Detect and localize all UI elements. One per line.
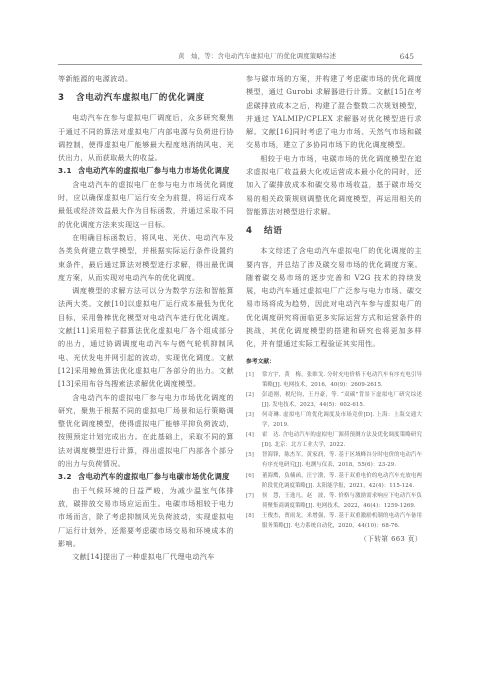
paragraph: 调度模型的求解方法可以分为数学方法和智能算法两大类。文献[10]以虚拟电厂运行成…: [58, 284, 234, 390]
reference-item: [8] 王俊杰，贾雨龙，米增强，等. 基于双重激励机制的电动汽车备用服务策略[J…: [246, 511, 422, 531]
section-3-heading: 3含电动汽车虚拟电厂的优化调度: [58, 91, 234, 105]
paragraph: 在明确目标函数后，将风电、光伏、电动汽车及各类负荷建立数学模型，并根据实际运行条…: [58, 231, 234, 284]
reference-number: [3]: [246, 410, 262, 430]
section-title: 含电动汽车虚拟电厂的优化调度: [76, 93, 205, 103]
reference-text: 王俊杰，贾雨龙，米增强，等. 基于双重激励机制的电动汽车备用服务策略[J]. 电…: [262, 511, 422, 531]
reference-number: [8]: [246, 511, 262, 531]
reference-text: 智海锋，陈杰军，黄家润，等. 基于区域峰谷分时电价的电动汽车有序充电研究[J].…: [262, 450, 422, 470]
reference-text: 何奇琳. 虚拟电厂的优化调度及市场竞价[D]. 上海：上海交通大学，2019.: [262, 410, 422, 430]
reference-text: 侯 慧，王逸凡，赵 波，等. 价格与激励需求响应下电动汽车负荷聚集商调度策略[J…: [262, 491, 422, 511]
reference-item: [2] 彭道刚，税纪钧，王丹豪，等. “双碳”背景下虚拟电厂研究综述[J]. 发…: [246, 390, 422, 410]
section-number: 3: [58, 91, 76, 105]
subsection-3-1-heading: 3.1含电动汽车的虚拟电厂参与电力市场优化调度: [58, 164, 234, 177]
section-title: 结语: [264, 226, 282, 236]
references-title: 参考文献：: [246, 357, 422, 367]
paragraph: 电动汽车在参与虚拟电厂调度后，众多研究聚焦于通过不同的算法对虚拟电厂内部电源与负…: [58, 111, 234, 164]
reference-item: [7] 侯 慧，王逸凡，赵 波，等. 价格与激励需求响应下电动汽车负荷聚集商调度…: [246, 491, 422, 511]
running-title: 黄 灿，等：含电动汽车虚拟电厂的优化调度策略综述: [178, 51, 336, 62]
reference-text: 董海鹰，负楠函，汪宁渤，等. 基于双重电价的电动汽车充放电两阶段优化调度策略[J…: [262, 471, 422, 491]
running-header: 黄 灿，等：含电动汽车虚拟电厂的优化调度策略综述 645: [58, 51, 422, 65]
paragraph: 本文综述了含电动汽车虚拟电厂的优化调度的主要内容，并总结了涉及碳交易市场的优化调…: [246, 244, 422, 350]
reference-number: [6]: [246, 471, 262, 491]
reference-number: [7]: [246, 491, 262, 511]
subsection-number: 3.1: [58, 164, 78, 177]
carry-over-text: 参与碳市场的方案，并构建了考虑碳市场的优化调度模型，通过 Gurobi 求解器进…: [246, 72, 422, 152]
reference-text: 霍 达. 含电动汽车的虚拟电厂源荷预测方法及优化调度策略研究[D]. 北京：北方…: [262, 430, 422, 450]
reference-number: [5]: [246, 450, 262, 470]
reference-number: [1]: [246, 370, 262, 390]
paragraph: 含电动汽车的虚拟电厂参与电力市场优化调度的研究，聚焦于根据不同的虚拟电厂场景和运…: [58, 391, 234, 471]
continued-note: （下转第 663 页）: [246, 533, 422, 545]
paragraph: 由于气候环境的日益严峻，为减少温室气体排放，碳排放交易市场应运而生。电碳市场相较…: [58, 484, 234, 550]
reference-item: [4] 霍 达. 含电动汽车的虚拟电厂源荷预测方法及优化调度策略研究[D]. 北…: [246, 430, 422, 450]
paragraph: 含电动汽车的虚拟电厂在参与电力市场优化调度时，应以确保虚拟电厂运行安全为前提，将…: [58, 178, 234, 231]
left-column: 等新能源的电源波动。 3含电动汽车虚拟电厂的优化调度 电动汽车在参与虚拟电厂调度…: [58, 72, 234, 563]
reference-text: 彭道刚，税纪钧，王丹豪，等. “双碳”背景下虚拟电厂研究综述[J]. 发电技术，…: [262, 390, 422, 410]
section-4-heading: 4结语: [246, 224, 422, 238]
reference-item: [1] 常方宇，黄 梅，张维戈. 分时充电价格下电动汽车有序充电引导策略[J].…: [246, 370, 422, 390]
carry-over-text: 等新能源的电源波动。: [58, 72, 234, 85]
reference-item: [3] 何奇琳. 虚拟电厂的优化调度及市场竞价[D]. 上海：上海交通大学，20…: [246, 410, 422, 430]
subsection-title: 含电动汽车的虚拟电厂参与电碳市场优化调度: [78, 472, 230, 481]
reference-item: [5] 智海锋，陈杰军，黄家润，等. 基于区域峰谷分时电价的电动汽车有序充电研究…: [246, 450, 422, 470]
subsection-title: 含电动汽车的虚拟电厂参与电力市场优化调度: [78, 166, 230, 175]
subsection-3-2-heading: 3.2含电动汽车的虚拟电厂参与电碳市场优化调度: [58, 470, 234, 483]
reference-item: [6] 董海鹰，负楠函，汪宁渤，等. 基于双重电价的电动汽车充放电两阶段优化调度…: [246, 471, 422, 491]
section-number: 4: [246, 224, 264, 238]
paragraph: 相较于电力市场，电碳市场的优化调度模型在追求虚拟电厂收益最大化或运营成本最小化的…: [246, 152, 422, 218]
page-number: 645: [400, 51, 414, 62]
reference-number: [2]: [246, 390, 262, 410]
paragraph: 文献[14]提出了一种虚拟电厂代理电动汽车: [58, 550, 234, 563]
right-column: 参与碳市场的方案，并构建了考虑碳市场的优化调度模型，通过 Gurobi 求解器进…: [246, 72, 422, 545]
reference-number: [4]: [246, 430, 262, 450]
subsection-number: 3.2: [58, 470, 78, 483]
reference-text: 常方宇，黄 梅，张维戈. 分时充电价格下电动汽车有序充电引导策略[J]. 电网技…: [262, 370, 422, 390]
